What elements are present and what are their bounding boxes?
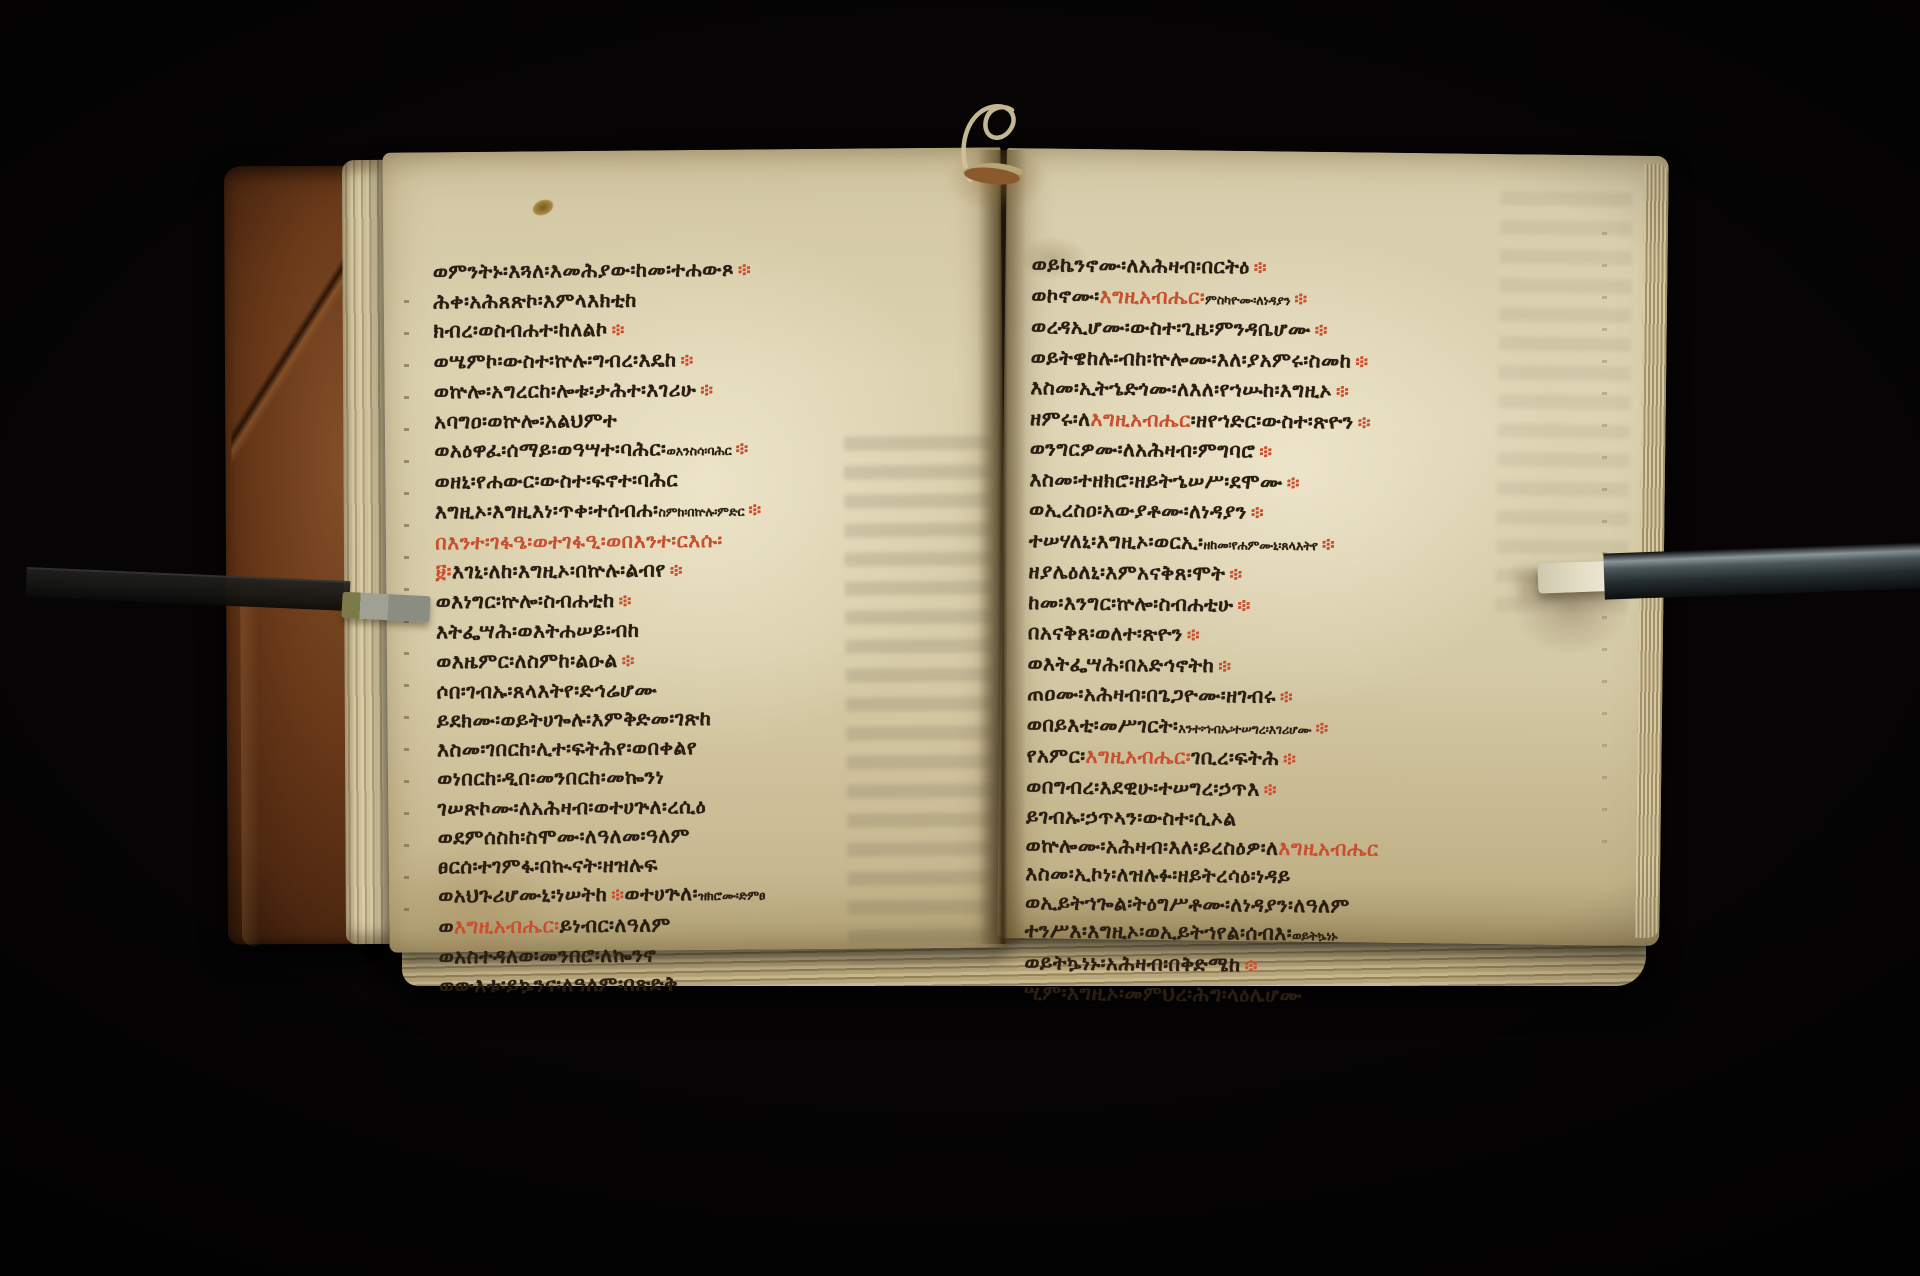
- geez-text: ፡ዘየኀድር፡ውስተ፡ጽዮን: [1191, 407, 1354, 433]
- text-line: እስመ፡ገበርከ፡ሊተ፡ፍትሕየ፡ወበቀልየ: [437, 733, 764, 765]
- geez-text: የአምር፡: [1027, 743, 1086, 768]
- section-mark: ፨: [1354, 412, 1371, 433]
- section-mark: ፨: [666, 560, 683, 581]
- geez-text: ወምንትኑ፡እጓለ፡እመሕያው፡ከመ፡ተሐውጾ: [433, 257, 734, 284]
- text-line: ወእዜምር፡ለስምከ፡ልዑል፨: [436, 644, 763, 677]
- page-weight-right-shaft: [1603, 542, 1920, 599]
- text-line: ወኢረስዐ፡አውያቶሙ፡ለነዳያን፨: [1029, 495, 1382, 529]
- text-line: ወይትኴነኑ፡አሕዛብ፡በቅድሜከ፨: [1024, 948, 1377, 982]
- text-line: ገሠጽኮሙ፡ለአሕዛብ፡ወተሀጕለ፡ረሲዕ: [437, 791, 764, 823]
- text-line: ወረዳኢሆሙ፡ውስተ፡ጊዜ፡ምንዳቤሆሙ፨: [1031, 312, 1384, 346]
- geez-text: ወአህጉሪሆሙኒ፡ነሠትከ: [438, 882, 607, 907]
- geez-text: ከመ፡እንግር፡ኵሎ፡ስብሐቲሁ: [1028, 590, 1234, 616]
- text-line: ጠዐሙ፡አሕዛብ፡በጌጋዮሙ፡ዘገብሩ፨: [1027, 679, 1380, 713]
- marginal-small-text: ዝክሮሙ፡ድምፀ: [698, 888, 765, 904]
- geez-text: ወነበርከ፡ዲበ፡መንበርከ፡መኰንነ: [437, 765, 664, 791]
- geez-text: ወአዕዋፈ፡ሰማይ፡ወዓሣተ፡ባሕር፡: [434, 437, 666, 463]
- section-mark: ፨: [1283, 472, 1300, 493]
- rubricated-text: ፱፡: [435, 559, 452, 583]
- section-mark: ፨: [677, 350, 694, 371]
- text-line: እስመ፡ኢትኄድጎሙ፡ለእለ፡የኀሡከ፡እግዚኦ፨: [1030, 373, 1383, 407]
- text-line: ወኮኖሙ፡እግዚአብሔር፡ምስካዮሙ፡ለነዳያን፨: [1031, 281, 1384, 316]
- marginal-small-text: ዘከመ፡የሐምሙኒ፡ጸላእትየ: [1203, 536, 1318, 552]
- geez-text: ወረዳኢሆሙ፡ውስተ፡ጊዜ፡ምንዳቤሆሙ: [1031, 314, 1311, 341]
- text-line: ይገብኡ፡ኃጥኣን፡ውስተ፡ሲኦል: [1026, 802, 1379, 834]
- geez-text: ወኢይትኀጐል፡ትዕግሥቶሙ፡ለነዳያን፡ለዓለም: [1025, 890, 1350, 917]
- section-mark: ፨: [1247, 502, 1264, 523]
- bookmark-cord: [936, 64, 1046, 186]
- section-mark: ፨: [607, 885, 624, 906]
- text-line: ወሤምኮ፡ውስተ፡ኵሉ፡ግብረ፡እዴከ፨: [434, 344, 761, 377]
- text-line: ወደምሰስከ፡ስሞሙ፡ለዓለመ፡ዓለም: [438, 820, 765, 852]
- section-mark: ፨: [1260, 779, 1277, 800]
- pricking-holes-right-page: [1602, 232, 1607, 852]
- section-mark: ፨: [1250, 257, 1267, 278]
- section-mark: ፨: [1255, 442, 1272, 463]
- geez-text: ሕቀ፡አሕጸጽኮ፡እምላእክቲከ: [433, 288, 637, 314]
- section-mark: ፨: [618, 650, 635, 671]
- geez-text: ወኮኖሙ፡: [1031, 283, 1099, 308]
- geez-text: ወእዜምር፡ለስምከ፡ልዑል: [436, 647, 618, 673]
- marginal-small-text: እንተ፡ኀብኡ፡ተሠግረ፡እገሪሆሙ: [1178, 720, 1311, 736]
- geez-text: ወተሀጕለ፡: [625, 881, 699, 906]
- geez-text: ፀርሰ፡ተገምፋ፡በኲናት፡ዘዝሉፍ: [438, 853, 658, 879]
- section-mark: ፨: [615, 591, 632, 612]
- section-mark: ፨: [1276, 687, 1293, 708]
- rubricated-text: እግዚአብሔር፡: [454, 914, 560, 939]
- geez-text: ገቢረ፡ፍትሕ: [1191, 745, 1279, 770]
- section-mark: ፨: [734, 260, 751, 281]
- text-line: ወነበርከ፡ዲበ፡መንበርከ፡መኰንነ: [437, 762, 764, 794]
- text-line: ተሠሃለኒ፡እግዚኦ፡ወርኢ፡ዘከመ፡የሐምሙኒ፡ጸላእትየ፨: [1029, 526, 1382, 561]
- text-line: አባግዐ፡ወኵሎ፡አልህምተ: [434, 405, 761, 437]
- geez-text: እስመ፡ገበርከ፡ሊተ፡ፍትሕየ፡ወበቀልየ: [437, 735, 697, 761]
- section-mark: ፨: [608, 320, 625, 341]
- section-mark: ፨: [1183, 625, 1200, 646]
- text-line: ክብረ፡ወስብሐተ፡ከለልኮ፨: [433, 314, 760, 347]
- geez-text: ወይትዌከሉ፡ብከ፡ኵሎሙ፡እለ፡ያአምሩ፡ስመከ: [1031, 345, 1352, 372]
- rubricated-text: እግዚአብሔር፡: [1086, 744, 1192, 769]
- text-line: ሢም፡እግዚኦ፡መምህረ፡ሕግ፡ላዕሌሆሙ: [1024, 978, 1377, 1010]
- geez-text: በአናቅጸ፡ወለተ፡ጽዮን: [1028, 620, 1183, 646]
- text-line: ወአስተዳለወ፡መንበሮ፡ለኰንኖ: [439, 939, 766, 971]
- section-mark: ፨: [1233, 595, 1250, 616]
- geez-text: ወሤምኮ፡ውስተ፡ኵሉ፡ግብረ፡እዴከ: [434, 347, 677, 373]
- geez-text: እስመ፡ኢኮነ፡ለዝሉፉ፡ዘይትረሳዕ፡ነዳይ: [1025, 861, 1291, 888]
- leather-wear-mark: [240, 586, 268, 946]
- geez-text: ወይትኴነኑ፡አሕዛብ፡በቅድሜከ: [1024, 950, 1240, 976]
- geez-text: ተሠሃለኒ፡እግዚኦ፡ወርኢ፡: [1029, 528, 1204, 554]
- section-mark: ፨: [1311, 320, 1328, 341]
- text-line: እስመ፡ተዘክሮ፡ዘይትኄሠሥ፡ደሞሙ፨: [1029, 465, 1382, 499]
- geez-text: እስመ፡ኢትኄድጎሙ፡ለእለ፡የኀሡከ፡እግዚኦ: [1030, 375, 1332, 402]
- geez-text: ወደምሰስከ፡ስሞሙ፡ለዓለመ፡ዓለም: [438, 823, 690, 849]
- rubricated-text: እግዚአብሔር: [1090, 406, 1190, 431]
- geez-text: ዘያሌዕለኒ፡እምአናቅጸ፡ሞት: [1028, 559, 1225, 585]
- geez-text: ወአስተዳለወ፡መንበሮ፡ለኰንኖ: [439, 942, 657, 968]
- section-mark: ፨: [1241, 955, 1258, 976]
- section-mark: ፨: [1311, 718, 1328, 739]
- geez-text: ወንግርዎሙ፡ለአሕዛብ፡ምግባሮ: [1030, 436, 1256, 462]
- text-line: ተንሥእ፡እግዚኦ፡ወኢይትኀየል፡ሰብእ፡ወይትኴነኑ: [1025, 916, 1378, 951]
- text-line: በአናቅጸ፡ወለተ፡ጽዮን፨: [1028, 618, 1381, 652]
- geez-text: ወኵሎ፡አግረርከ፡ሎቱ፡ታሕተ፡እገሪሁ: [434, 377, 697, 403]
- text-line: ከመ፡እንግር፡ኵሎ፡ስብሐቲሁ፨: [1028, 588, 1381, 622]
- geez-text: ወኢረስዐ፡አውያቶሙ፡ለነዳያን: [1029, 497, 1247, 523]
- geez-text: እግዚኦ፡እግዚእነ፡ጥቀ፡ተሰብሐ፡: [435, 497, 659, 523]
- text-line: ወኵሎ፡አግረርከ፡ሎቱ፡ታሕተ፡እገሪሁ፨: [434, 374, 761, 407]
- geez-text: ወበይእቲ፡መሥገርት፡: [1027, 712, 1179, 738]
- section-mark: ፨: [744, 499, 761, 520]
- right-page-text-block: ወይኬንኖሙ፡ለአሕዛብ፡በርትዕ፨ወኮኖሙ፡እግዚአብሔር፡ምስካዮሙ፡ለነዳ…: [1024, 250, 1385, 1010]
- geez-text: ወበግብረ፡እደዊሁ፡ተሠግረ፡ኃጥእ: [1026, 774, 1260, 800]
- section-mark: ፨: [1214, 656, 1231, 677]
- text-line: እስመ፡ኢኮነ፡ለዝሉፉ፡ዘይትረሳዕ፡ነዳይ: [1025, 859, 1378, 891]
- section-mark: ፨: [732, 439, 749, 460]
- text-line: ወውእቱ፡ይኴንና፡ለዓለም፡በጽድቅ: [439, 968, 766, 1000]
- text-line: ይደክሙ፡ወይትሀጐሉ፡እምቅድመ፡ገጽከ: [437, 704, 764, 736]
- text-line: እግዚኦ፡እግዚእነ፡ጥቀ፡ተሰብሐ፡ስምከ፡በኵሉ፡ምድር፨: [435, 494, 762, 528]
- rubricated-text: በእንተ፡ገፋዔ፡ወተገፋዒ፡ወበእንተ፡ርእሱ፡: [435, 528, 723, 555]
- text-line: ፱፡እገኒ፡ለከ፡እግዚኦ፡በኵሉ፡ልብየ፨: [435, 555, 762, 588]
- text-line: ወንግርዎሙ፡ለአሕዛብ፡ምግባሮ፨: [1030, 434, 1383, 468]
- page-weight-left-tip: [341, 592, 430, 623]
- text-line: ወበግብረ፡እደዊሁ፡ተሠግረ፡ኃጥእ፨: [1026, 772, 1379, 806]
- geez-text: ጠዐሙ፡አሕዛብ፡በጌጋዮሙ፡ዘገብሩ: [1027, 681, 1276, 708]
- text-line: የአምር፡እግዚአብሔር፡ገቢረ፡ፍትሕ፨: [1027, 741, 1380, 775]
- text-line: ወይትዌከሉ፡ብከ፡ኵሎሙ፡እለ፡ያአምሩ፡ስመከ፨: [1031, 343, 1384, 377]
- marginal-small-text: ወእንስሳ፡ባሕር: [666, 443, 731, 459]
- text-line: እትፌሣሕ፡ወእትሐሠይ፡ብከ: [436, 615, 763, 647]
- show-through-text-left-page: [844, 435, 997, 964]
- geez-text: ወውእቱ፡ይኴንና፡ለዓለም፡በጽድቅ: [439, 971, 678, 997]
- geez-text: ሢም፡እግዚኦ፡መምህረ፡ሕግ፡ላዕሌሆሙ: [1024, 980, 1302, 1007]
- rubricated-text: እግዚአብሔር: [1278, 835, 1378, 860]
- text-line: ወኵሎሙ፡አሕዛብ፡እለ፡ይረስዕዎ፡ለእግዚአብሔር: [1026, 831, 1379, 863]
- geez-text: ይደክሙ፡ወይትሀጐሉ፡እምቅድመ፡ገጽከ: [437, 706, 712, 732]
- text-line: ወእትፌሣሕ፡በአድኅኖትከ፨: [1027, 649, 1380, 683]
- geez-text: አባግዐ፡ወኵሎ፡አልህምተ: [434, 408, 617, 434]
- geez-text: እትፌሣሕ፡ወእትሐሠይ፡ብከ: [436, 618, 640, 644]
- marginal-small-text: ምስካዮሙ፡ለነዳያን: [1205, 291, 1290, 307]
- text-line: ሶበ፡ገብኡ፡ጸላእትየ፡ድኅሬሆሙ: [436, 674, 763, 706]
- show-through-text-right-page: [1495, 191, 1632, 613]
- text-line: ወእግዚአብሔር፡ይነብር፡ለዓለም: [438, 910, 765, 942]
- section-mark: ፨: [1351, 351, 1368, 372]
- geez-text: ይነብር፡ለዓለም: [560, 913, 671, 938]
- geez-text: ዘምሩ፡ለ: [1030, 406, 1091, 431]
- manuscript-photo-scene: ወምንትኑ፡እጓለ፡እመሕያው፡ከመ፡ተሐውጾ፨ሕቀ፡አሕጸጽኮ፡እምላእክቲከ…: [0, 0, 1920, 1276]
- text-line: ወአህጉሪሆሙኒ፡ነሠትከ፨ወተሀጕለ፡ዝክሮሙ፡ድምፀ: [438, 879, 765, 913]
- geez-text: ወእትፌሣሕ፡በአድኅኖትከ: [1028, 651, 1215, 677]
- text-line: ዘያሌዕለኒ፡እምአናቅጸ፡ሞት፨: [1028, 557, 1381, 591]
- text-line: ወኢይትኀጐል፡ትዕግሥቶሙ፡ለነዳያን፡ለዓለም: [1025, 888, 1378, 920]
- geez-text: ይገብኡ፡ኃጥኣን፡ውስተ፡ሲኦል: [1026, 804, 1237, 830]
- text-line: በእንተ፡ገፋዔ፡ወተገፋዒ፡ወበእንተ፡ርእሱ፡: [435, 525, 762, 557]
- text-line: ወአዕዋፈ፡ሰማይ፡ወዓሣተ፡ባሕር፡ወእንስሳ፡ባሕር፨: [434, 434, 761, 468]
- geez-text: ወዘኒ፡የሐውር፡ውስተ፡ፍኖተ፡ባሕር: [435, 468, 679, 494]
- text-line: ዘምሩ፡ለእግዚአብሔር፡ዘየኀድር፡ውስተ፡ጽዮን፨: [1030, 404, 1383, 438]
- marginal-small-text: ወይትኴነኑ: [1292, 928, 1338, 943]
- geez-text: ወይኬንኖሙ፡ለአሕዛብ፡በርትዕ: [1032, 252, 1250, 278]
- geez-text: ተንሥእ፡እግዚኦ፡ወኢይትኀየል፡ሰብእ፡: [1025, 918, 1293, 945]
- text-line: ፀርሰ፡ተገምፋ፡በኲናት፡ዘዝሉፍ: [438, 850, 765, 882]
- rubricated-text: እግዚአብሔር፡: [1100, 283, 1206, 308]
- geez-text: ክብረ፡ወስብሐተ፡ከለልኮ: [433, 317, 607, 343]
- text-line: ወምንትኑ፡እጓለ፡እመሕያው፡ከመ፡ተሐውጾ፨: [433, 255, 760, 288]
- geez-text: ገሠጽኮሙ፡ለአሕዛብ፡ወተሀጕለ፡ረሲዕ: [437, 794, 706, 820]
- section-mark: ፨: [1225, 564, 1242, 585]
- geez-text: ወእነግር፡ኵሎ፡ስብሐቲከ: [436, 588, 615, 614]
- geez-text: ወ: [439, 915, 455, 939]
- text-line: ወበይእቲ፡መሥገርት፡እንተ፡ኀብኡ፡ተሠግረ፡እገሪሆሙ፨: [1027, 710, 1380, 745]
- text-line: ሕቀ፡አሕጸጽኮ፡እምላእክቲከ: [433, 285, 760, 317]
- section-mark: ፨: [1279, 749, 1296, 770]
- section-mark: ፨: [696, 380, 713, 401]
- text-line: ወዘኒ፡የሐውር፡ውስተ፡ፍኖተ፡ባሕር: [435, 465, 762, 497]
- section-mark: ፨: [1332, 381, 1349, 402]
- geez-text: እገኒ፡ለከ፡እግዚኦ፡በኵሉ፡ልብየ: [452, 557, 666, 583]
- left-page-text-block: ወምንትኑ፡እጓለ፡እመሕያው፡ከመ፡ተሐውጾ፨ሕቀ፡አሕጸጽኮ፡እምላእክቲከ…: [433, 255, 766, 1001]
- text-line: ወእነግር፡ኵሎ፡ስብሐቲከ፨: [436, 585, 763, 618]
- section-mark: ፨: [1318, 534, 1335, 555]
- text-line: ወይኬንኖሙ፡ለአሕዛብ፡በርትዕ፨: [1032, 250, 1385, 284]
- section-mark: ፨: [1290, 288, 1307, 309]
- geez-text: ሶበ፡ገብኡ፡ጸላእትየ፡ድኅሬሆሙ: [436, 677, 657, 703]
- marginal-small-text: ስምከ፡በኵሉ፡ምድር: [658, 503, 744, 519]
- geez-text: እስመ፡ተዘክሮ፡ዘይትኄሠሥ፡ደሞሙ: [1029, 467, 1283, 494]
- geez-text: ወኵሎሙ፡አሕዛብ፡እለ፡ይረስዕዎ፡ለ: [1026, 833, 1279, 860]
